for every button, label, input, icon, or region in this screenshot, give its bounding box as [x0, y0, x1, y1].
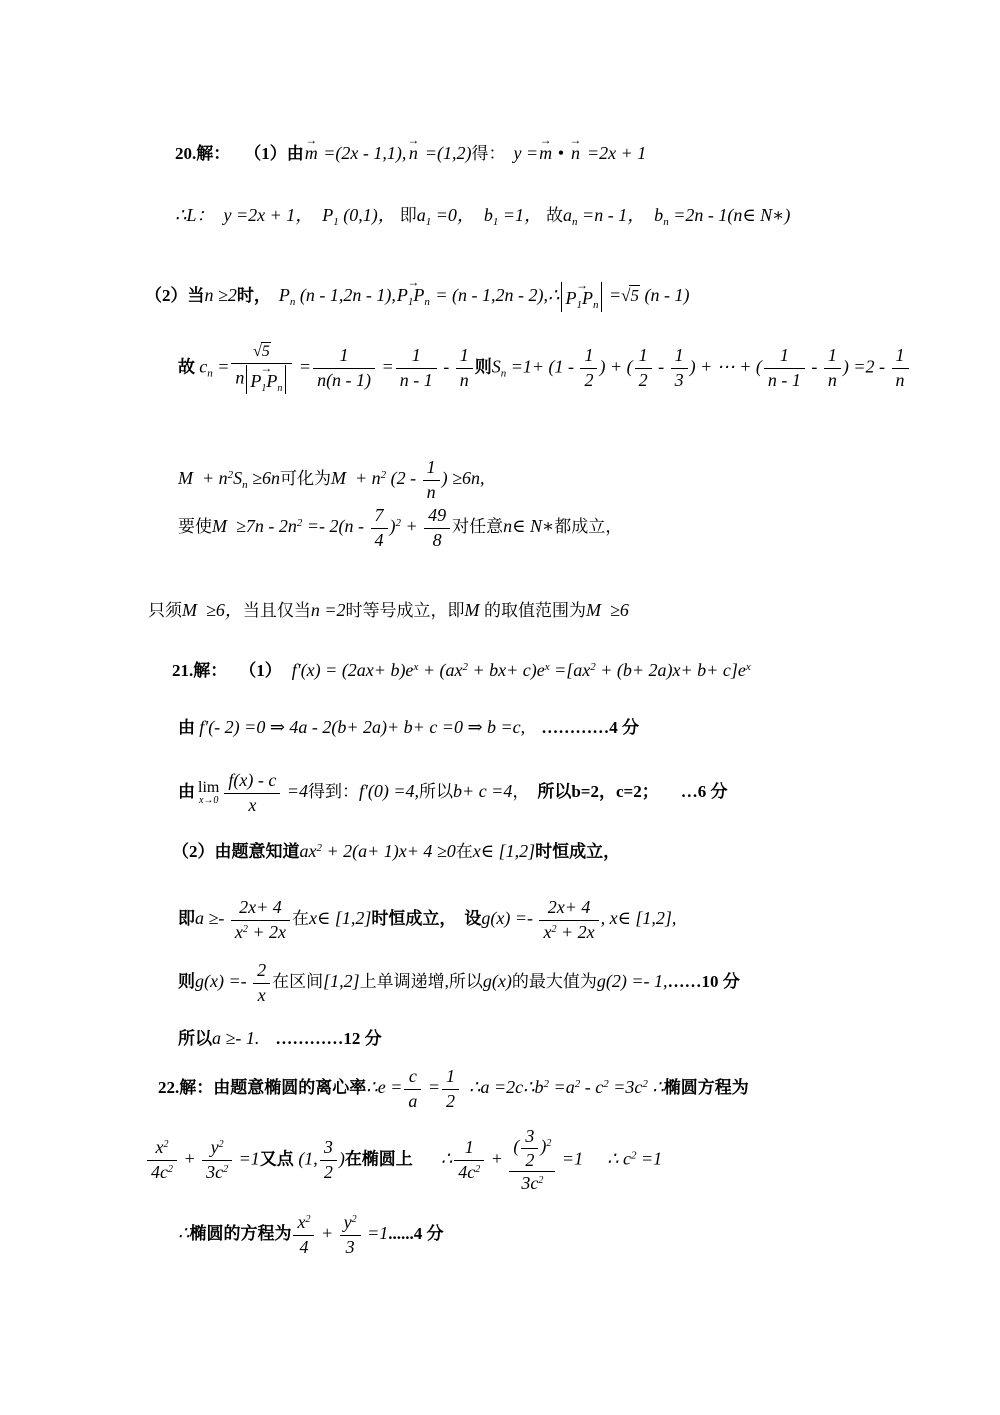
text-run: 得： — [472, 144, 506, 163]
math-run: ∴a =2c∴b — [469, 1077, 544, 1097]
math-run: n — [828, 370, 837, 390]
text-line: 21.解：（1）f′(x) = (2ax+ b)ex + (ax2 + bx+ … — [172, 659, 751, 682]
bold-text-run: 又点 — [260, 1149, 294, 1168]
math-fraction: 1n — [824, 345, 841, 391]
text-run: ， — [512, 782, 529, 801]
text-run: 在区间 — [272, 972, 323, 991]
text-line: （2）由题意知道ax2 + 2(a+ 1)x+ 4 ≥0在x∈ [1,2]时恒成… — [172, 840, 620, 863]
text-run: 在 — [292, 909, 309, 928]
math-run: P — [413, 285, 424, 305]
math-run: n =2 — [311, 600, 346, 620]
math-run: m — [539, 143, 552, 163]
vector-arrow-notation: →n — [407, 137, 419, 163]
math-run: 1 — [465, 1137, 474, 1157]
math-run: f(x) - c — [228, 770, 276, 790]
math-run: a — [408, 1091, 417, 1111]
text-run: 得到： — [308, 782, 359, 801]
math-run: 1 — [412, 345, 421, 365]
math-fraction: f(x) - cx — [224, 770, 280, 816]
math-run: n∈ N∗ — [503, 516, 554, 536]
math-run: - — [654, 356, 669, 376]
bold-text-run: 即 — [178, 909, 195, 928]
math-run: 3c — [206, 1162, 223, 1182]
math-run: f′(x) = (2ax+ b)e — [292, 660, 414, 680]
bold-text-run: （2）由题意知道 — [172, 842, 300, 861]
math-run: n — [409, 143, 418, 163]
math-fraction: y23c2 — [202, 1137, 232, 1183]
bold-text-run: 设 — [464, 909, 481, 928]
math-run: =1 — [557, 1148, 583, 1168]
math-run: + 2x — [248, 922, 286, 942]
math-fraction: 32 — [320, 1137, 337, 1183]
math-run: 2 — [639, 370, 648, 390]
bold-text-run: 则 — [178, 972, 195, 991]
math-run: x∈ [1,2] — [473, 841, 535, 861]
math-fraction: 12 — [442, 1066, 459, 1112]
text-run: 的取值范围为 — [484, 601, 586, 620]
math-run: 2 — [324, 1162, 333, 1182]
math-run: 49 — [428, 505, 446, 525]
vector-arrow-notation: →n — [569, 137, 581, 163]
math-run: 4c — [458, 1162, 475, 1182]
math-run: (1, — [294, 1148, 318, 1168]
text-run: 时等号成立，即 — [346, 601, 465, 620]
math-run: ( — [513, 1136, 519, 1156]
math-run: ax — [300, 841, 317, 861]
absolute-value-bars: →P1Pn — [561, 282, 602, 312]
math-run: =0， b — [431, 205, 493, 225]
text-run: 在 — [456, 842, 473, 861]
bold-text-run: 由 — [178, 782, 195, 801]
math-run: 2 — [584, 370, 593, 390]
math-run: g(x) =- — [195, 971, 251, 991]
math-run: ∴L： y =2x + 1， P — [175, 205, 333, 225]
text-line: 即a ≥- 2x+ 4x2 + 2x在x∈ [1,2]时恒成立，设g(x) =-… — [178, 897, 676, 943]
bold-text-run: …6 分 — [681, 782, 728, 801]
math-run: 4c — [151, 1162, 168, 1182]
math-run: S — [233, 468, 242, 488]
text-line: 只须M ≥6，当且仅当n =2时等号成立，即M 的取值范围为M ≥6 — [148, 599, 629, 622]
math-superscript: x — [746, 661, 751, 673]
math-subscript: n — [593, 299, 599, 311]
vector-arrow-notation: →P1Pn — [565, 282, 598, 312]
math-run: M + n — [178, 468, 228, 488]
math-run: ∴e = — [366, 1077, 402, 1097]
bold-text-run: 20.解： — [175, 144, 230, 163]
text-run: 上单调递增,所以 — [360, 972, 483, 991]
math-run: ) ≥6n, — [442, 468, 485, 488]
math-run: x — [235, 922, 243, 942]
math-fraction: (32)23c2 — [509, 1126, 555, 1195]
math-fraction: 2x+ 4x2 + 2x — [539, 897, 598, 943]
text-line: 所以a ≥- 1.…………12 分 — [178, 1027, 382, 1050]
math-run: =2n - 1(n∈ N∗) — [669, 205, 791, 225]
math-run: =1 — [637, 1148, 663, 1168]
math-subscript: n — [277, 383, 282, 394]
bold-text-run: …………12 分 — [275, 1029, 381, 1048]
math-run: =1 — [234, 1148, 260, 1168]
math-run: f′(- 2) =0 ⇒ 4a - 2(b+ 2a)+ b+ c =0 ⇒ b … — [199, 717, 525, 737]
math-superscript: 2 — [164, 1139, 169, 1150]
text-line: x24c2 + y23c2 =1又点 (1,32)在椭圆上∴14c2 + (32… — [145, 1126, 662, 1195]
text-run: 所以 — [419, 782, 453, 801]
math-run: = — [213, 356, 230, 376]
vector-arrow-notation: →m — [539, 137, 552, 163]
document-page: 20.解：（1）由→m =(2x - 1,1),→n =(1,2)得：y =→m… — [0, 0, 1000, 1415]
text-run: 只须 — [148, 601, 182, 620]
math-run: n ≥2 — [205, 285, 237, 305]
bold-text-run: 21.解： — [172, 661, 227, 680]
text-line: 要使M ≥7n - 2n2 =- 2(n - 74)2 + 498对任意n∈ N… — [178, 505, 622, 551]
math-run: ∴ — [178, 1223, 189, 1243]
math-run: P — [397, 285, 408, 305]
text-line: M + n2Sn ≥6n可化为M + n2 (2 - 1n) ≥6n, — [178, 457, 485, 503]
math-run: a — [563, 205, 572, 225]
bold-text-run: （2）当 — [145, 286, 205, 305]
math-run: 8 — [433, 530, 442, 550]
math-run: 1 — [828, 345, 837, 365]
math-superscript: 2 — [219, 1139, 224, 1150]
bold-text-run: （1） — [239, 661, 282, 680]
math-run: 3 — [346, 1237, 355, 1257]
math-run: S — [492, 356, 501, 376]
math-run: 2 — [525, 1150, 534, 1170]
math-run: n — [235, 367, 244, 387]
math-run: 1 — [584, 345, 593, 365]
text-run: 要使 — [178, 517, 212, 536]
math-run: n - 1 — [400, 370, 433, 390]
math-run: =1， — [498, 205, 542, 225]
math-run: + 2x — [556, 922, 594, 942]
math-run: (2 - — [386, 468, 421, 488]
bold-text-run: 在椭圆上 — [345, 1149, 413, 1168]
math-superscript: 2 — [546, 1138, 551, 1149]
square-root: √5 — [253, 343, 271, 360]
math-run: a ≥- — [195, 908, 229, 928]
math-fraction: x24c2 — [147, 1137, 177, 1183]
math-run: n - 1 — [768, 370, 801, 390]
bold-text-run: …………4 分 — [541, 718, 639, 737]
vector-arrow-notation: →m — [305, 137, 318, 163]
math-run: 1 — [675, 345, 684, 365]
math-run: P — [279, 285, 290, 305]
math-fraction: 1n — [423, 457, 440, 503]
math-fraction: 1n - 1 — [764, 345, 805, 391]
math-run: y = — [514, 143, 539, 163]
math-superscript: 2 — [352, 1214, 357, 1225]
math-superscript: 2 — [168, 1164, 173, 1175]
absolute-value-bars: →P1Pn — [246, 365, 286, 395]
math-fraction: 14c2 — [454, 1137, 484, 1183]
math-fraction: 12 — [635, 345, 652, 391]
math-run: g(x) — [483, 971, 512, 991]
math-run: n — [896, 370, 905, 390]
math-run: P — [266, 371, 277, 391]
math-run: + — [401, 516, 422, 536]
math-run: ∴ — [441, 1148, 452, 1168]
math-run: 1 — [446, 1066, 455, 1086]
math-run: 1 — [639, 345, 648, 365]
math-run: + (b+ 2a)x+ b+ c]e — [596, 660, 746, 680]
math-run: 1 — [340, 345, 349, 365]
math-run: - c — [580, 1077, 603, 1097]
math-run: = — [294, 356, 311, 376]
math-run: m — [305, 143, 318, 163]
math-run: + — [486, 1148, 507, 1168]
math-fraction: 74 — [371, 505, 388, 551]
bold-text-run: 故 — [178, 357, 199, 376]
text-line: 故 cn =√5n→P1Pn =1n(n - 1) =1n - 1 - 1n则S… — [178, 343, 911, 394]
bold-text-run: 时恒成立， — [535, 842, 620, 861]
math-run: (n - 1) — [640, 285, 689, 305]
math-run: =(1,2) — [420, 143, 471, 163]
math-fraction: y23 — [340, 1212, 361, 1258]
math-run: + — [316, 1223, 337, 1243]
limit-notation: limx→0 — [198, 780, 219, 806]
math-run: ) + ( — [599, 356, 632, 376]
math-run: y — [344, 1212, 352, 1232]
text-line: ∴椭圆的方程为x24 + y23 =1......4 分 — [178, 1212, 444, 1258]
math-fraction: x24 — [293, 1212, 314, 1258]
text-line: ∴L： y =2x + 1， P1 (0,1)，即a1 =0， b1 =1，故a… — [175, 204, 790, 230]
math-run: 2x+ 4 — [239, 897, 282, 917]
math-run: M ≥6 — [586, 600, 629, 620]
math-fraction: 1n - 1 — [396, 345, 437, 391]
text-line: 22.解：由题意椭圆的离心率∴e =ca =12∴a =2c∴b2 =a2 - … — [158, 1066, 749, 1112]
math-run: =(2x - 1,1), — [319, 143, 407, 163]
text-run: 都成立， — [554, 517, 622, 536]
text-line: （2）当n ≥2时，Pn (n - 1,2n - 1),→P1Pn = (n -… — [145, 279, 689, 312]
math-run: M ≥7n - 2n — [212, 516, 297, 536]
math-run: =- 2(n - — [302, 516, 368, 536]
text-line: 由 f′(- 2) =0 ⇒ 4a - 2(b+ 2a)+ b+ c =0 ⇒ … — [178, 716, 639, 739]
math-fraction: 2x — [253, 960, 270, 1006]
math-run: = — [377, 356, 394, 376]
math-run: f′(0) =4, — [359, 781, 419, 801]
bold-text-run: 22.解：由题意椭圆的离心率 — [158, 1078, 366, 1097]
math-run: ∴ — [648, 1077, 664, 1097]
math-run: ∴ c — [607, 1148, 631, 1168]
math-run: 7 — [375, 505, 384, 525]
math-run: P — [565, 288, 576, 308]
math-run: = — [423, 1077, 440, 1097]
square-root: √5 — [621, 286, 640, 305]
math-run: = (n - 1,2n - 2),∴ — [431, 285, 560, 305]
math-run: M — [465, 600, 485, 620]
math-subscript: n — [424, 296, 430, 308]
math-superscript: 2 — [305, 1214, 310, 1225]
math-run: =1 — [363, 1223, 389, 1243]
math-run: 2x+ 4 — [548, 897, 591, 917]
bold-text-run: ......4 分 — [388, 1224, 443, 1243]
vector-arrow-notation: →P1Pn — [250, 365, 282, 395]
text-line: 由limx→0f(x) - cx =4得到：f′(0) =4,所以b+ c =4… — [178, 770, 727, 816]
math-run: =n - 1， b — [578, 205, 664, 225]
math-run: [1,2] — [323, 971, 360, 991]
math-run: , x∈ [1,2], — [601, 908, 677, 928]
math-run: + — [179, 1148, 200, 1168]
text-run: 即 — [400, 206, 417, 225]
math-run: =4 — [282, 781, 308, 801]
math-superscript: 2 — [475, 1164, 480, 1175]
bold-text-run: 椭圆方程为 — [664, 1078, 749, 1097]
bold-text-run: 由 — [178, 718, 199, 737]
math-run: 1 — [780, 345, 789, 365]
math-run: 4 — [299, 1237, 308, 1257]
math-run: 3 — [324, 1137, 333, 1157]
math-fraction: 1n — [892, 345, 909, 391]
math-run: ) + ⋯ + ( — [690, 356, 762, 376]
math-run: 1 — [460, 345, 469, 365]
math-fraction: √5n→P1Pn — [231, 343, 292, 394]
text-line: 则g(x) =- 2x在区间[1,2]上单调递增,所以g(x)的最大值为g(2)… — [178, 960, 740, 1006]
math-run: a ≥- 1. — [212, 1028, 259, 1048]
math-run: M + n — [331, 468, 381, 488]
math-fraction: 498 — [424, 505, 450, 551]
math-run: x∈ [1,2] — [309, 908, 371, 928]
math-run: n — [427, 482, 436, 502]
math-run: =a — [549, 1077, 575, 1097]
math-run: - — [439, 356, 454, 376]
math-run: - — [807, 356, 822, 376]
math-run: x — [258, 985, 266, 1005]
bold-text-run: 则 — [475, 357, 492, 376]
bold-text-run: （1）由 — [244, 144, 304, 163]
text-run: 对任意 — [452, 517, 503, 536]
math-run: x — [248, 795, 256, 815]
math-run: =[ax — [550, 660, 591, 680]
math-run: M ≥6， — [182, 600, 243, 620]
math-run: y — [211, 1137, 219, 1157]
math-superscript: 2 — [223, 1164, 228, 1175]
math-run: 2 — [446, 1091, 455, 1111]
math-run: + bx+ c)e — [468, 660, 545, 680]
math-run: P — [582, 288, 593, 308]
math-run: g(x) =- — [481, 908, 537, 928]
bold-text-run: 椭圆的方程为 — [189, 1224, 291, 1243]
math-run: 1 — [896, 345, 905, 365]
math-run: =3c — [609, 1077, 643, 1097]
bold-text-run: 所以 — [178, 1029, 212, 1048]
math-run: • — [553, 143, 568, 163]
math-run: (0,1)， — [339, 205, 396, 225]
math-run: c — [409, 1066, 417, 1086]
math-run: ) =2 - — [843, 356, 890, 376]
math-run: =2x + 1 — [582, 143, 646, 163]
math-fraction: 1n — [456, 345, 473, 391]
math-run: g(2) =- 1, — [597, 971, 668, 991]
text-line: 20.解：（1）由→m =(2x - 1,1),→n =(1,2)得：y =→m… — [175, 137, 646, 165]
math-run: 1 — [427, 457, 436, 477]
text-run: 故 — [546, 206, 563, 225]
math-fraction: 12 — [580, 345, 597, 391]
bold-text-run: 时恒成立， — [371, 909, 456, 928]
bold-text-run: 时， — [237, 286, 271, 305]
math-run: (n - 1,2n - 1), — [295, 285, 395, 305]
math-run: x — [156, 1137, 164, 1157]
math-superscript: 2 — [538, 1175, 543, 1186]
bold-text-run: ……10 分 — [668, 972, 740, 991]
math-run: 2 — [257, 960, 266, 980]
math-run: 3 — [525, 1126, 534, 1146]
math-run: 3c — [521, 1173, 538, 1193]
math-run: =1+ (1 - — [506, 356, 578, 376]
vector-arrow-notation: →P1Pn — [397, 279, 430, 309]
math-run: 3 — [675, 370, 684, 390]
math-run: = — [604, 285, 621, 305]
math-fraction: 2x+ 4x2 + 2x — [231, 897, 290, 943]
math-run: n — [571, 143, 580, 163]
math-run: + (ax — [418, 660, 462, 680]
math-run: a — [417, 205, 426, 225]
text-run: 可化为 — [280, 469, 331, 488]
text-run: 当且仅当 — [243, 601, 311, 620]
math-fraction: 32 — [521, 1126, 538, 1170]
math-fraction: ca — [404, 1066, 421, 1112]
math-fraction: 1n(n - 1) — [313, 345, 375, 391]
math-run: b+ c =4 — [453, 781, 512, 801]
math-run: ≥6n — [248, 468, 280, 488]
bold-text-run: 所以b=2，c=2； — [537, 782, 658, 801]
math-run: P — [250, 371, 261, 391]
math-run: n(n - 1) — [317, 370, 371, 390]
math-run: n — [460, 370, 469, 390]
math-run: 4 — [375, 530, 384, 550]
math-fraction: 13 — [671, 345, 688, 391]
text-run: 的最大值为 — [512, 972, 597, 991]
math-run: + 2(a+ 1)x+ 4 ≥0 — [322, 841, 456, 861]
